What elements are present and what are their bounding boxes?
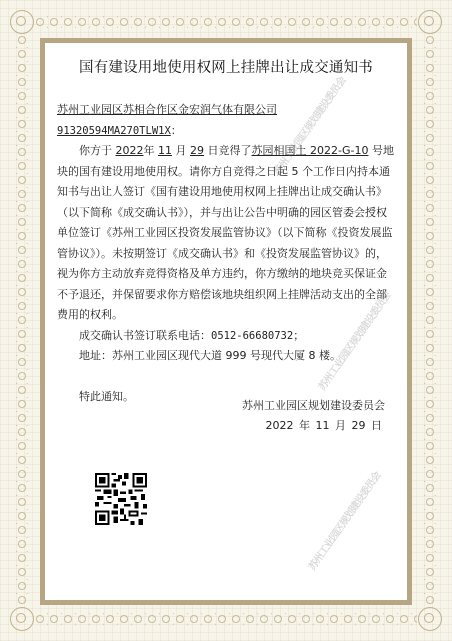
- corner-ornament-icon: [10, 607, 34, 631]
- month-unit: 月: [176, 144, 187, 157]
- signing-organization: 苏州工业园区规划建设委员会: [242, 396, 385, 416]
- corner-ornament-icon: [418, 607, 442, 631]
- day-unit: 日竞得了: [208, 144, 252, 157]
- corner-ornament-icon: [10, 10, 34, 34]
- addressee-credit-code: 91320594MA270TLW1X: [57, 125, 171, 137]
- text-prefix: 你方于: [79, 144, 112, 157]
- document-title: 国有建设用地使用权网上挂牌出让成交通知书: [45, 56, 407, 77]
- award-day: 29: [190, 144, 204, 157]
- signing-date: 2022 年 11 月 29 日: [242, 416, 385, 436]
- main-paragraph: 你方于 2022年 11 月 29 日竞得了苏园相国土 2022-G-10 号地…: [57, 141, 397, 326]
- addressee-company: 苏州工业园区苏相合作区金宏润气体有限公司: [57, 103, 277, 116]
- ornament-border-top: [34, 16, 418, 28]
- paragraph-body: 号地块的国有建设用地使用权。请你方自竞得之日起 5 个工作日内持本通知书与出让人…: [57, 144, 394, 321]
- ornament-border-right: [424, 34, 436, 607]
- parcel-id: 苏园相国土 2022-G-10: [252, 144, 369, 157]
- qr-code-icon[interactable]: [95, 473, 147, 525]
- signature-block: 苏州工业园区规划建设委员会 2022 年 11 月 29 日: [242, 396, 385, 436]
- ornament-border-left: [16, 34, 28, 607]
- year-unit: 年: [144, 144, 155, 157]
- addressee-suffix: ：: [171, 124, 182, 137]
- contact-address-line: 地址：苏州工业园区现代大道 999 号现代大厦 8 楼。: [57, 346, 397, 367]
- corner-ornament-icon: [418, 10, 442, 34]
- document-page: 国有建设用地使用权网上挂牌出让成交通知书 苏州工业园区苏相合作区金宏润气体有限公…: [40, 38, 412, 605]
- phone-label: 成交确认书签订联系电话：: [79, 329, 211, 342]
- award-year: 2022: [116, 144, 144, 157]
- phone-number: 0512-66680732: [211, 330, 293, 342]
- address-label: 地址：: [79, 349, 112, 362]
- ornament-border-bottom: [34, 613, 418, 625]
- award-month: 11: [158, 144, 172, 157]
- contact-phone-line: 成交确认书签订联系电话：0512-66680732；: [57, 326, 397, 347]
- watermark: 苏州工业园区规划建设委员会: [304, 468, 383, 572]
- document-body: 苏州工业园区苏相合作区金宏润气体有限公司 91320594MA270TLW1X：…: [57, 100, 397, 407]
- phone-suffix: ；: [293, 329, 304, 342]
- address-value: 苏州工业园区现代大道 999 号现代大厦 8 楼。: [112, 349, 341, 362]
- addressee-line: 苏州工业园区苏相合作区金宏润气体有限公司 91320594MA270TLW1X：: [57, 100, 397, 141]
